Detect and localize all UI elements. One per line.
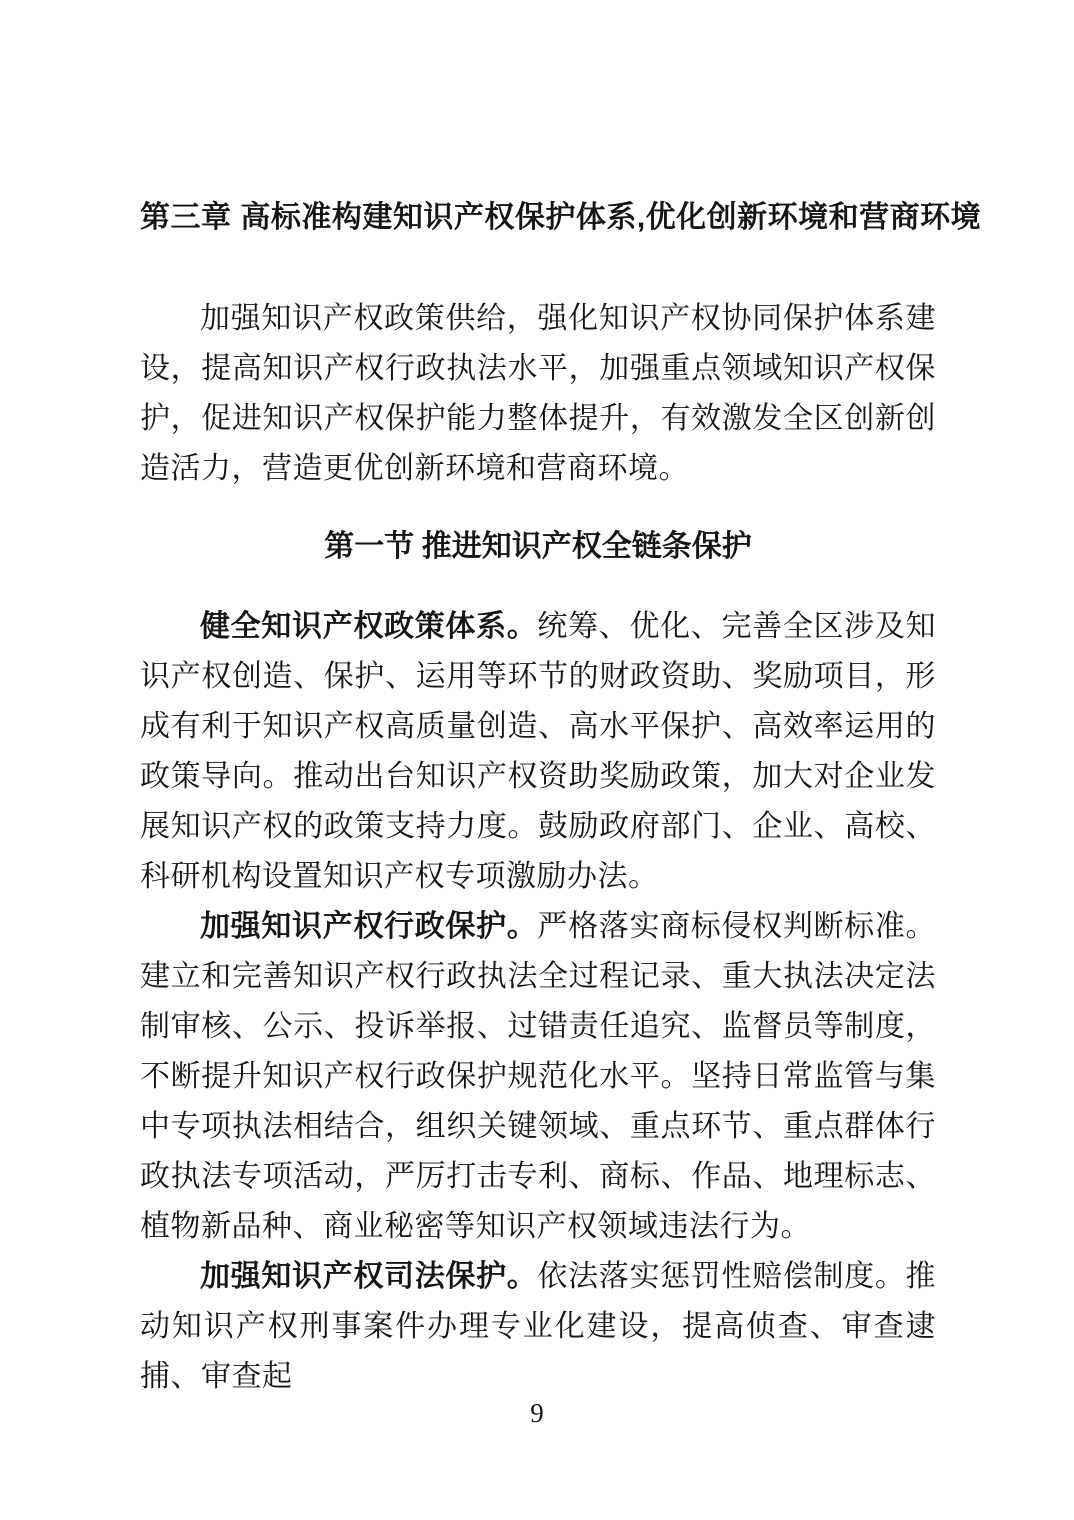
paragraph-text: 严格落实商标侵权判断标准。建立和完善知识产权行政执法全过程记录、重大执法决定法制… bbox=[140, 910, 936, 1243]
page-content: 第三章 高标准构建知识产权保护体系,优化创新环境和营商环境 加强知识产权政策供给… bbox=[140, 196, 936, 1402]
paragraph-administrative-protection: 加强知识产权行政保护。严格落实商标侵权判断标准。建立和完善知识产权行政执法全过程… bbox=[140, 902, 936, 1252]
document-page: 第三章 高标准构建知识产权保护体系,优化创新环境和营商环境 加强知识产权政策供给… bbox=[0, 0, 1074, 1520]
section-heading: 第一节 推进知识产权全链条保护 bbox=[140, 522, 936, 572]
page-number: 9 bbox=[0, 1396, 1074, 1430]
intro-paragraph: 加强知识产权政策供给，强化知识产权协同保护体系建设，提高知识产权行政执法水平，加… bbox=[140, 294, 936, 494]
paragraph-lead: 加强知识产权司法保护。 bbox=[200, 1260, 537, 1293]
paragraph-judicial-protection: 加强知识产权司法保护。依法落实惩罚性赔偿制度。推动知识产权刑事案件办理专业化建设… bbox=[140, 1252, 936, 1402]
paragraph-lead: 健全知识产权政策体系。 bbox=[200, 610, 537, 643]
paragraph-text: 统筹、优化、完善全区涉及知识产权创造、保护、运用等环节的财政资助、奖励项目，形成… bbox=[140, 610, 936, 893]
chapter-heading: 第三章 高标准构建知识产权保护体系,优化创新环境和营商环境 bbox=[140, 196, 936, 240]
paragraph-lead: 加强知识产权行政保护。 bbox=[200, 910, 537, 943]
paragraph-policy-system: 健全知识产权政策体系。统筹、优化、完善全区涉及知识产权创造、保护、运用等环节的财… bbox=[140, 602, 936, 902]
